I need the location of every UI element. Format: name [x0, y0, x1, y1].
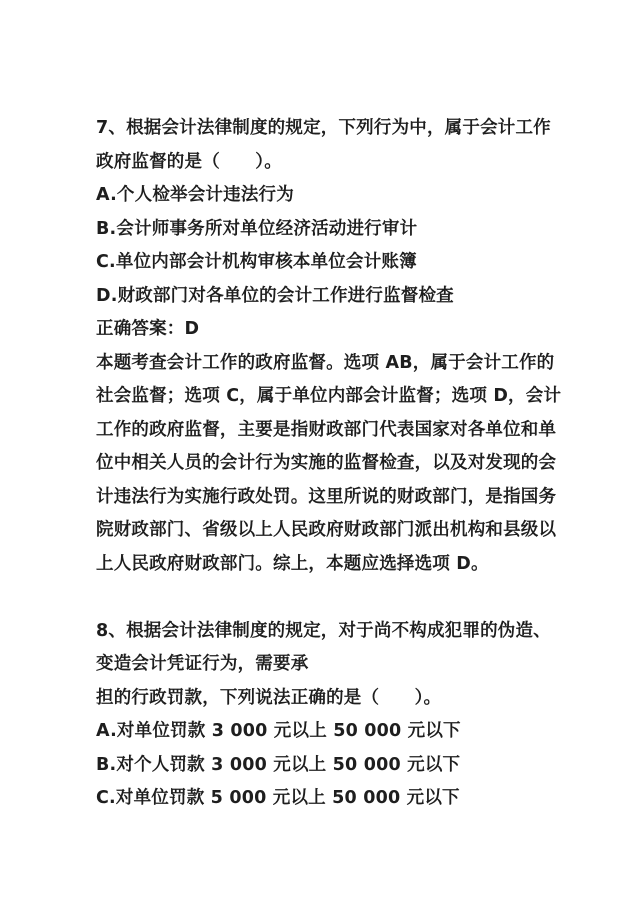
document-page: 7、根据会计法律制度的规定，下列行为中，属于会计工作 政府监督的是（ ）。 A.…: [0, 0, 640, 906]
question-7-explanation-line-7: 上人民政府财政部门。综上，本题应选择选项 D。: [96, 548, 556, 582]
question-8-stem-line-1: 8、根据会计法律制度的规定，对于尚不构成犯罪的伪造、: [96, 615, 556, 649]
question-8-stem-line-3: 担的行政罚款，下列说法正确的是（ ）。: [96, 682, 556, 716]
question-8-stem-line-2: 变造会计凭证行为，需要承: [96, 648, 556, 682]
question-7-explanation-line-3: 工作的政府监督，主要是指财政部门代表国家对各单位和单: [96, 414, 556, 448]
question-7-correct-answer: 正确答案：D: [96, 313, 556, 347]
question-7-stem-line-2: 政府监督的是（ ）。: [96, 146, 556, 180]
question-7-explanation-line-2: 社会监督；选项 C，属于单位内部会计监督；选项 D，会计: [96, 380, 556, 414]
question-7-option-d: D.财政部门对各单位的会计工作进行监督检查: [96, 280, 556, 314]
question-7-explanation-line-4: 位中相关人员的会计行为实施的监督检查，以及对发现的会: [96, 447, 556, 481]
question-7-explanation-line-6: 院财政部门、省级以上人民政府财政部门派出机构和县级以: [96, 514, 556, 548]
question-8-option-a: A.对单位罚款 3 000 元以上 50 000 元以下: [96, 715, 556, 749]
question-7-stem-line-1: 7、根据会计法律制度的规定，下列行为中，属于会计工作: [96, 112, 556, 146]
question-8-option-c: C.对单位罚款 5 000 元以上 50 000 元以下: [96, 782, 556, 816]
question-8-option-b: B.对个人罚款 3 000 元以上 50 000 元以下: [96, 749, 556, 783]
exam-text-content: 7、根据会计法律制度的规定，下列行为中，属于会计工作 政府监督的是（ ）。 A.…: [96, 112, 556, 816]
question-7-option-b: B.会计师事务所对单位经济活动进行审计: [96, 213, 556, 247]
question-8: 8、根据会计法律制度的规定，对于尚不构成犯罪的伪造、 变造会计凭证行为，需要承 …: [96, 615, 556, 816]
question-7-explanation-line-5: 计违法行为实施行政处罚。这里所说的财政部门，是指国务: [96, 481, 556, 515]
question-7-explanation-line-1: 本题考查会计工作的政府监督。选项 AB，属于会计工作的: [96, 347, 556, 381]
question-7-option-c: C.单位内部会计机构审核本单位会计账簿: [96, 246, 556, 280]
question-7-option-a: A.个人检举会计违法行为: [96, 179, 556, 213]
question-7: 7、根据会计法律制度的规定，下列行为中，属于会计工作 政府监督的是（ ）。 A.…: [96, 112, 556, 581]
